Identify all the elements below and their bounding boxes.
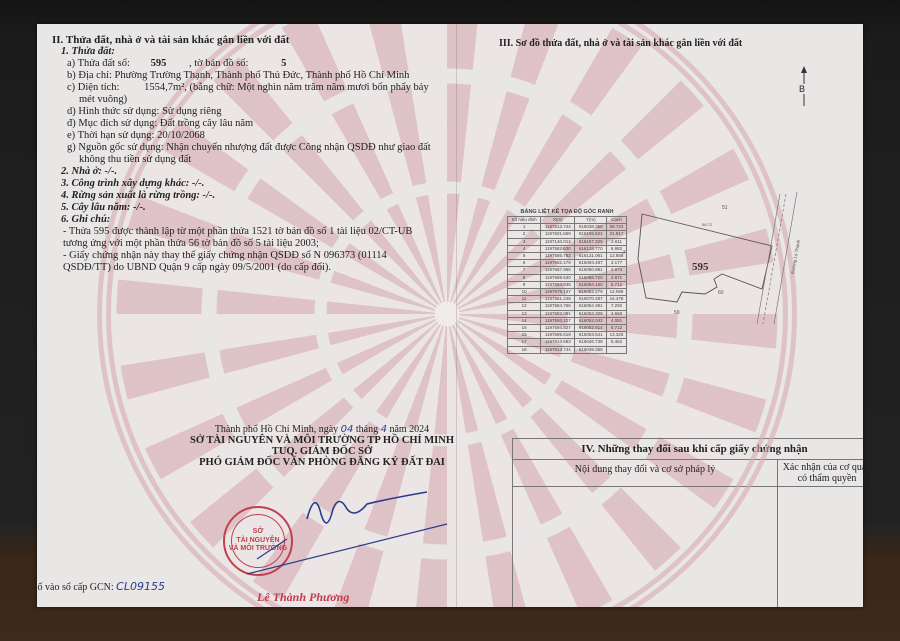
north-label: B — [799, 84, 805, 94]
use-term: e) Thời hạn sử dụng: 20/10/2068 — [67, 130, 205, 141]
use-form: d) Hình thức sử dụng: Sử dụng riêng — [67, 106, 221, 117]
place-date-prefix: Thành phố Hồ Chí Minh, ngày — [215, 424, 338, 435]
address: b) Địa chỉ: Phường Trường Thạnh, Thành p… — [67, 70, 409, 81]
notes-heading: 6. Ghi chú: — [61, 214, 110, 225]
area-label: c) Diện tích: — [67, 82, 119, 93]
signer-name: Lê Thành Phương — [257, 590, 349, 605]
section-ii-title: II. Thửa đất, nhà ở và tài sản khác gắn … — [52, 34, 289, 46]
other-works: 3. Công trình xây dựng khác: -/-. — [61, 178, 204, 189]
note-line: QSDĐ/TT) do UBND Quận 9 cấp ngày 09/5/20… — [63, 262, 331, 273]
land-use-certificate: II. Thửa đất, nhà ở và tài sản khác gắn … — [37, 24, 863, 607]
area-value: 1554,7m², (bằng chữ: Một nghìn năm trăm … — [144, 82, 429, 93]
road-label: Đường Lò Thạnh — [790, 239, 801, 274]
note-line: tương ứng với một phần thửa 56 tờ bản đồ… — [63, 238, 319, 249]
parcel-row: a) Thửa đất số: 595 , tờ bản đồ số: 5 — [67, 58, 286, 69]
registry-row: Số vào sổ cấp GCN: CL09155 — [37, 580, 165, 593]
on-behalf: TUQ. GIÁM ĐỐC SỞ — [187, 446, 457, 457]
agency: SỞ TÀI NGUYÊN VÀ MÔI TRƯỜNG TP HỒ CHÍ MI… — [187, 435, 457, 446]
left-page: II. Thửa đất, nhà ở và tài sản khác gắn … — [37, 24, 457, 607]
parcel-label: a) Thửa đất số: — [67, 58, 130, 69]
section-iii-title: III. Sơ đồ thửa đất, nhà ở và tài sản kh… — [499, 38, 742, 49]
month-label: tháng — [356, 424, 378, 435]
parcel-number-label: 595 — [692, 261, 709, 273]
registry-label: Số vào sổ cấp GCN: — [37, 582, 114, 593]
map-sheet-no: 5 — [281, 58, 286, 69]
perennial: 5. Cây lâu năm: -/-. — [61, 202, 146, 213]
parcel-map: 595 51 57 59 60 58.72 Đường Lò Thạnh — [622, 174, 837, 324]
signature-block: Thành phố Hồ Chí Minh, ngày 04 tháng 4 n… — [187, 424, 457, 468]
neighbor-label: 59 — [674, 310, 680, 316]
origin-cont: không thu tiền sử dụng đất — [79, 154, 191, 165]
neighbor-label: 60 — [718, 290, 724, 296]
house: 2. Nhà ở: -/-. — [61, 166, 117, 177]
area-value-cont: mét vuông) — [79, 94, 127, 105]
month: 4 — [381, 424, 387, 435]
area-row: c) Diện tích: 1554,7m², (bằng chữ: Một n… — [67, 82, 429, 93]
use-purpose: đ) Mục đích sử dụng: Đất trồng cây lâu n… — [67, 118, 253, 129]
edge-length-label: 58.72 — [702, 222, 713, 227]
origin: g) Nguồn gốc sử dụng: Nhận chuyển nhượng… — [67, 142, 431, 153]
signature-stroke — [217, 479, 457, 579]
neighbor-label: 51 — [722, 205, 728, 211]
north-arrow-icon: B — [799, 66, 809, 106]
parcel-no: 595 — [151, 58, 167, 69]
note-line: - Thửa 595 được thành lập từ một phần th… — [63, 226, 412, 237]
position: PHÓ GIÁM ĐỐC VĂN PHÒNG ĐĂNG KÝ ĐẤT ĐAI — [187, 457, 457, 468]
place-date: Thành phố Hồ Chí Minh, ngày 04 tháng 4 n… — [187, 424, 457, 435]
forest: 4. Rừng sản xuất là rừng trồng: -/-. — [61, 190, 215, 201]
map-sheet-label: , tờ bản đồ số: — [189, 58, 249, 69]
note-line: - Giấy chứng nhận này thay thế giấy chứn… — [63, 250, 387, 261]
registry-no: CL09155 — [116, 580, 165, 593]
year: năm 2024 — [389, 424, 429, 435]
neighbor-label: 57 — [622, 250, 626, 256]
day: 04 — [341, 424, 354, 435]
land-heading: 1. Thửa đất: — [61, 46, 115, 57]
